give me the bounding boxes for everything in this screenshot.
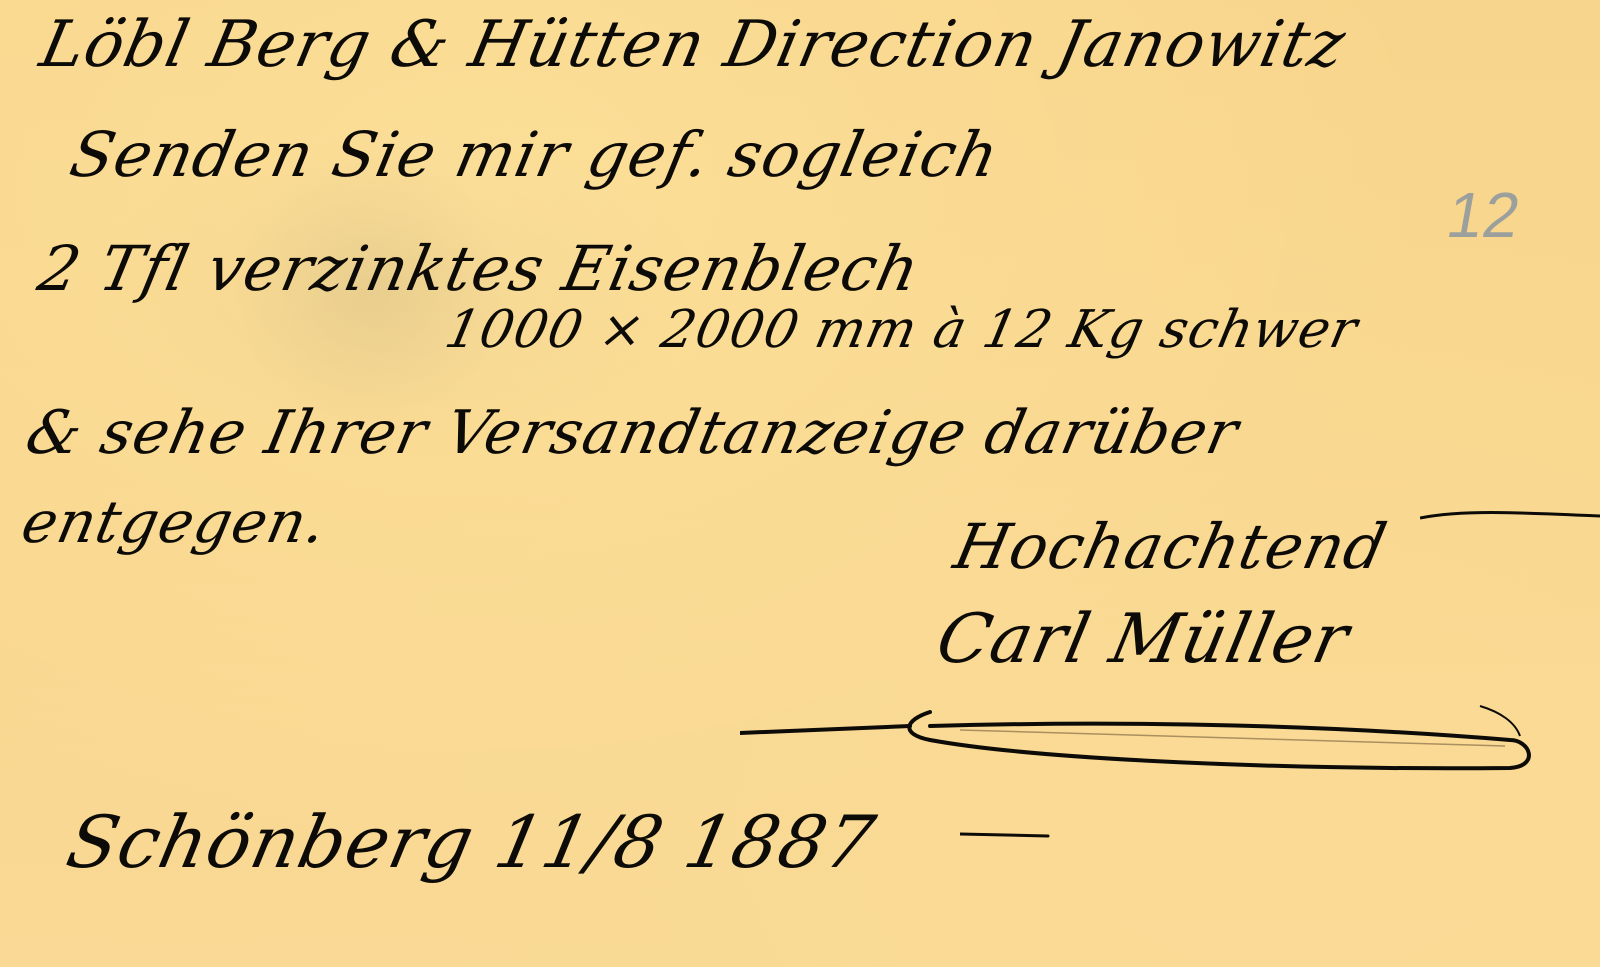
letter-line-ending: entgegen.	[16, 488, 333, 556]
letter-line-addressee: Löbl Berg & Hütten Direction Janowitz	[34, 8, 1352, 82]
pencil-annotation-number: 12	[1441, 178, 1525, 252]
letter-line-dimensions: 1000 × 2000 mm à 12 Kg schwer	[440, 300, 1363, 360]
signature: Carl Müller	[930, 600, 1356, 679]
letter-line-request: Senden Sie mir gef. sogleich	[64, 118, 1006, 191]
postcard: Löbl Berg & Hütten Direction Janowitz Se…	[0, 0, 1600, 967]
place-and-date: Schönberg 11/8 1887	[60, 800, 882, 884]
letter-closing: Hochachtend	[948, 510, 1393, 583]
closing-tail-stroke	[1420, 500, 1600, 530]
letter-line-shipping-notice: & sehe Ihrer Versandtanzeige darüber	[20, 398, 1245, 468]
date-tail-stroke	[960, 820, 1050, 850]
signature-flourish	[740, 700, 1540, 780]
letter-line-item: 2 Tfl verzinktes Eisenblech	[32, 232, 926, 305]
